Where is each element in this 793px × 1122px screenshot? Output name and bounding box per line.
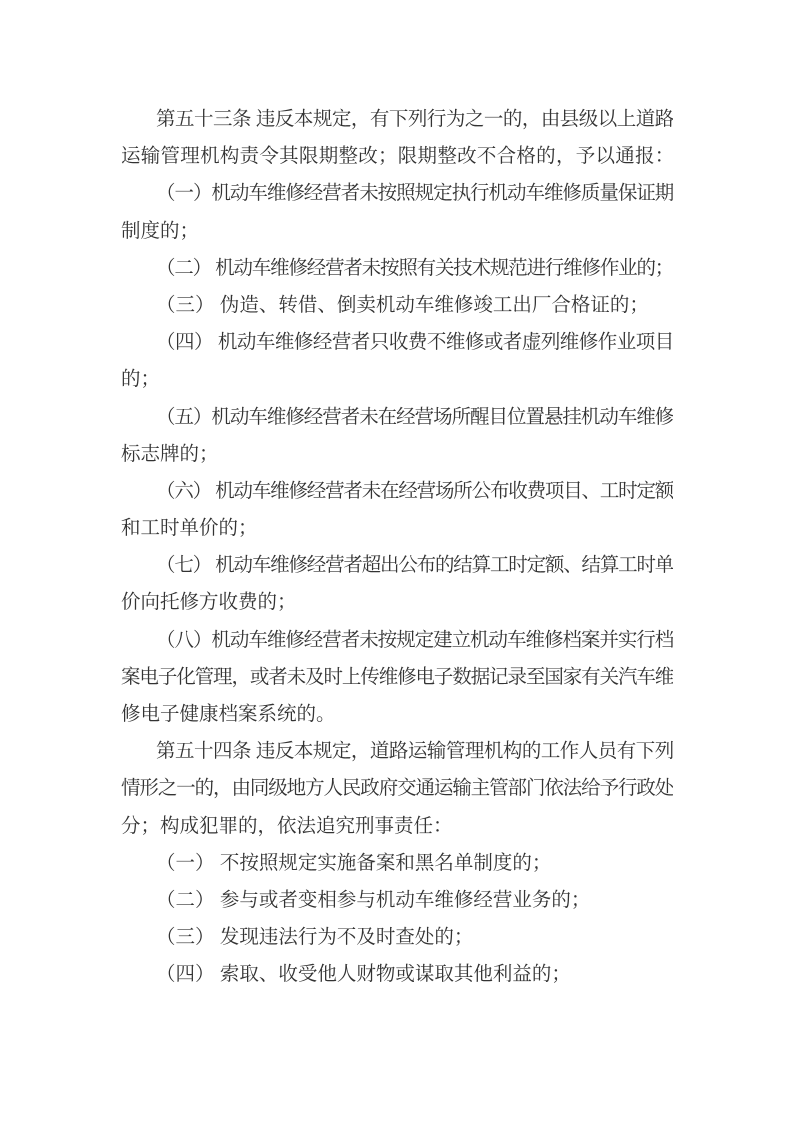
legal-text-block: 第五十三条 违反本规定，有下列行为之一的，由县级以上道路运输管理机构责令其限期整…	[121, 101, 673, 994]
article-53-item-8: （八）机动车维修经营者未按规定建立机动车维修档案并实行档案电子化管理，或者未及时…	[121, 622, 673, 734]
text-line: 第五十三条 违反本规定，有下列行为之一的，由县级以上道路	[121, 101, 673, 138]
text-line: 和工时单价的；	[121, 510, 673, 547]
text-line: 运输管理机构责令其限期整改；限期整改不合格的，予以通报：	[121, 138, 673, 175]
text-line: 情形之一的，由同级地方人民政府交通运输主管部门依法给予行政处	[121, 770, 673, 807]
article-53-item-5: （五）机动车维修经营者未在经营场所醒目位置悬挂机动车维修标志牌的；	[121, 399, 673, 473]
article-54-item-1: （一） 不按照规定实施备案和黑名单制度的；	[121, 845, 673, 882]
text-line: （四） 索取、收受他人财物或谋取其他利益的；	[121, 956, 673, 993]
article-53-item-1: （一）机动车维修经营者未按照规定执行机动车维修质量保证期制度的；	[121, 175, 673, 249]
article-53-item-4: （四） 机动车维修经营者只收费不维修或者虚列维修作业项目的；	[121, 324, 673, 398]
text-line: 修电子健康档案系统的。	[121, 696, 673, 733]
text-line: 标志牌的；	[121, 436, 673, 473]
text-line: （二） 参与或者变相参与机动车维修经营业务的；	[121, 882, 673, 919]
text-line: （三） 发现违法行为不及时查处的；	[121, 919, 673, 956]
article-53-item-3: （三） 伪造、转借、倒卖机动车维修竣工出厂合格证的；	[121, 287, 673, 324]
text-line: （八）机动车维修经营者未按规定建立机动车维修档案并实行档	[121, 622, 673, 659]
text-line: （五）机动车维修经营者未在经营场所醒目位置悬挂机动车维修	[121, 399, 673, 436]
article-54-item-3: （三） 发现违法行为不及时查处的；	[121, 919, 673, 956]
text-line: 价向托修方收费的；	[121, 584, 673, 621]
text-line: （六） 机动车维修经营者未在经营场所公布收费项目、工时定额	[121, 473, 673, 510]
text-line: （一） 不按照规定实施备案和黑名单制度的；	[121, 845, 673, 882]
article-54-item-4: （四） 索取、收受他人财物或谋取其他利益的；	[121, 956, 673, 993]
article-53-lead: 第五十三条 违反本规定，有下列行为之一的，由县级以上道路运输管理机构责令其限期整…	[121, 101, 673, 175]
text-line: （七） 机动车维修经营者超出公布的结算工时定额、结算工时单	[121, 547, 673, 584]
article-53-item-2: （二） 机动车维修经营者未按照有关技术规范进行维修作业的；	[121, 250, 673, 287]
text-line: 案电子化管理，或者未及时上传维修电子数据记录至国家有关汽车维	[121, 659, 673, 696]
text-line: 制度的；	[121, 213, 673, 250]
text-line: 第五十四条 违反本规定，道路运输管理机构的工作人员有下列	[121, 733, 673, 770]
text-line: （四） 机动车维修经营者只收费不维修或者虚列维修作业项目	[121, 324, 673, 361]
text-line: （二） 机动车维修经营者未按照有关技术规范进行维修作业的；	[121, 250, 673, 287]
article-54-item-2: （二） 参与或者变相参与机动车维修经营业务的；	[121, 882, 673, 919]
document-page: 第五十三条 违反本规定，有下列行为之一的，由县级以上道路运输管理机构责令其限期整…	[0, 0, 793, 1122]
article-53-item-6: （六） 机动车维修经营者未在经营场所公布收费项目、工时定额和工时单价的；	[121, 473, 673, 547]
text-line: 分；构成犯罪的，依法追究刑事责任：	[121, 808, 673, 845]
article-54-lead: 第五十四条 违反本规定，道路运输管理机构的工作人员有下列情形之一的，由同级地方人…	[121, 733, 673, 845]
text-line: （三） 伪造、转借、倒卖机动车维修竣工出厂合格证的；	[121, 287, 673, 324]
text-line: （一）机动车维修经营者未按照规定执行机动车维修质量保证期	[121, 175, 673, 212]
article-53-item-7: （七） 机动车维修经营者超出公布的结算工时定额、结算工时单价向托修方收费的；	[121, 547, 673, 621]
text-line: 的；	[121, 361, 673, 398]
